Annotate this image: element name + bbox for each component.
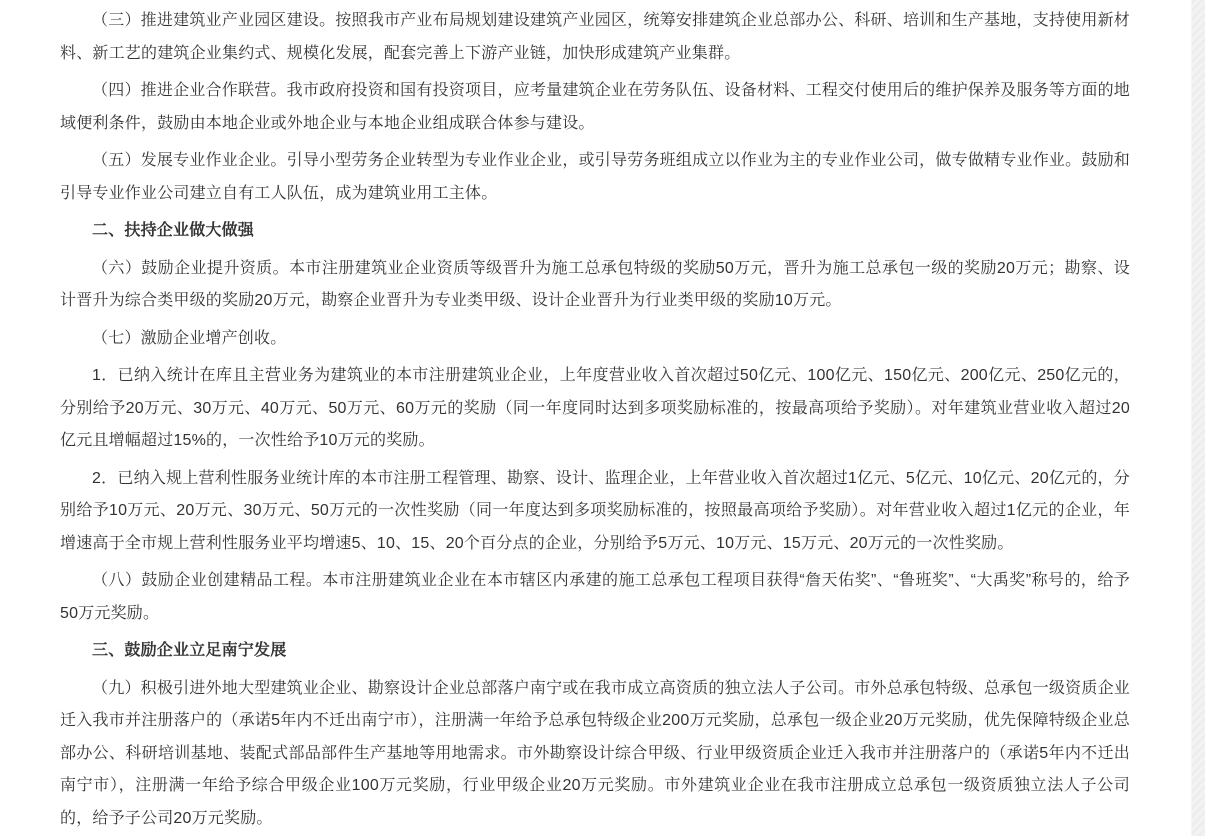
page-edge-texture: [1191, 0, 1205, 836]
paragraph-item-4: （四）推进企业合作联营。我市政府投资和国有投资项目，应考量建筑企业在劳务队伍、设…: [60, 75, 1130, 140]
paragraph-numbered-1: 1．已纳入统计在库且主营业务为建筑业的本市注册建筑业企业，上年度营业收入首次超过…: [60, 360, 1130, 458]
paragraph-item-5: （五）发展专业作业企业。引导小型劳务企业转型为专业作业企业，或引导劳务班组成立以…: [60, 145, 1130, 210]
paragraph-numbered-2: 2．已纳入规上营利性服务业统计库的本市注册工程管理、勘察、设计、监理企业，上年营…: [60, 463, 1130, 561]
document-body: （三）推进建筑业产业园区建设。按照我市产业布局规划建设建筑产业园区，统筹安排建筑…: [60, 0, 1130, 836]
paragraph-item-8: （八）鼓励企业创建精品工程。本市注册建筑业企业在本市辖区内承建的施工总承包工程项…: [60, 565, 1130, 630]
paragraph-item-9: （九）积极引进外地大型建筑业企业、勘察设计企业总部落户南宁或在我市成立高资质的独…: [60, 673, 1130, 836]
section-heading-3: 三、鼓励企业立足南宁发展: [60, 635, 1130, 668]
paragraph-item-7: （七）激励企业增产创收。: [60, 323, 1130, 356]
paragraph-item-3: （三）推进建筑业产业园区建设。按照我市产业布局规划建设建筑产业园区，统筹安排建筑…: [60, 5, 1130, 70]
paragraph-item-6: （六）鼓励企业提升资质。本市注册建筑业企业资质等级晋升为施工总承包特级的奖励50…: [60, 253, 1130, 318]
section-heading-2: 二、扶持企业做大做强: [60, 215, 1130, 248]
